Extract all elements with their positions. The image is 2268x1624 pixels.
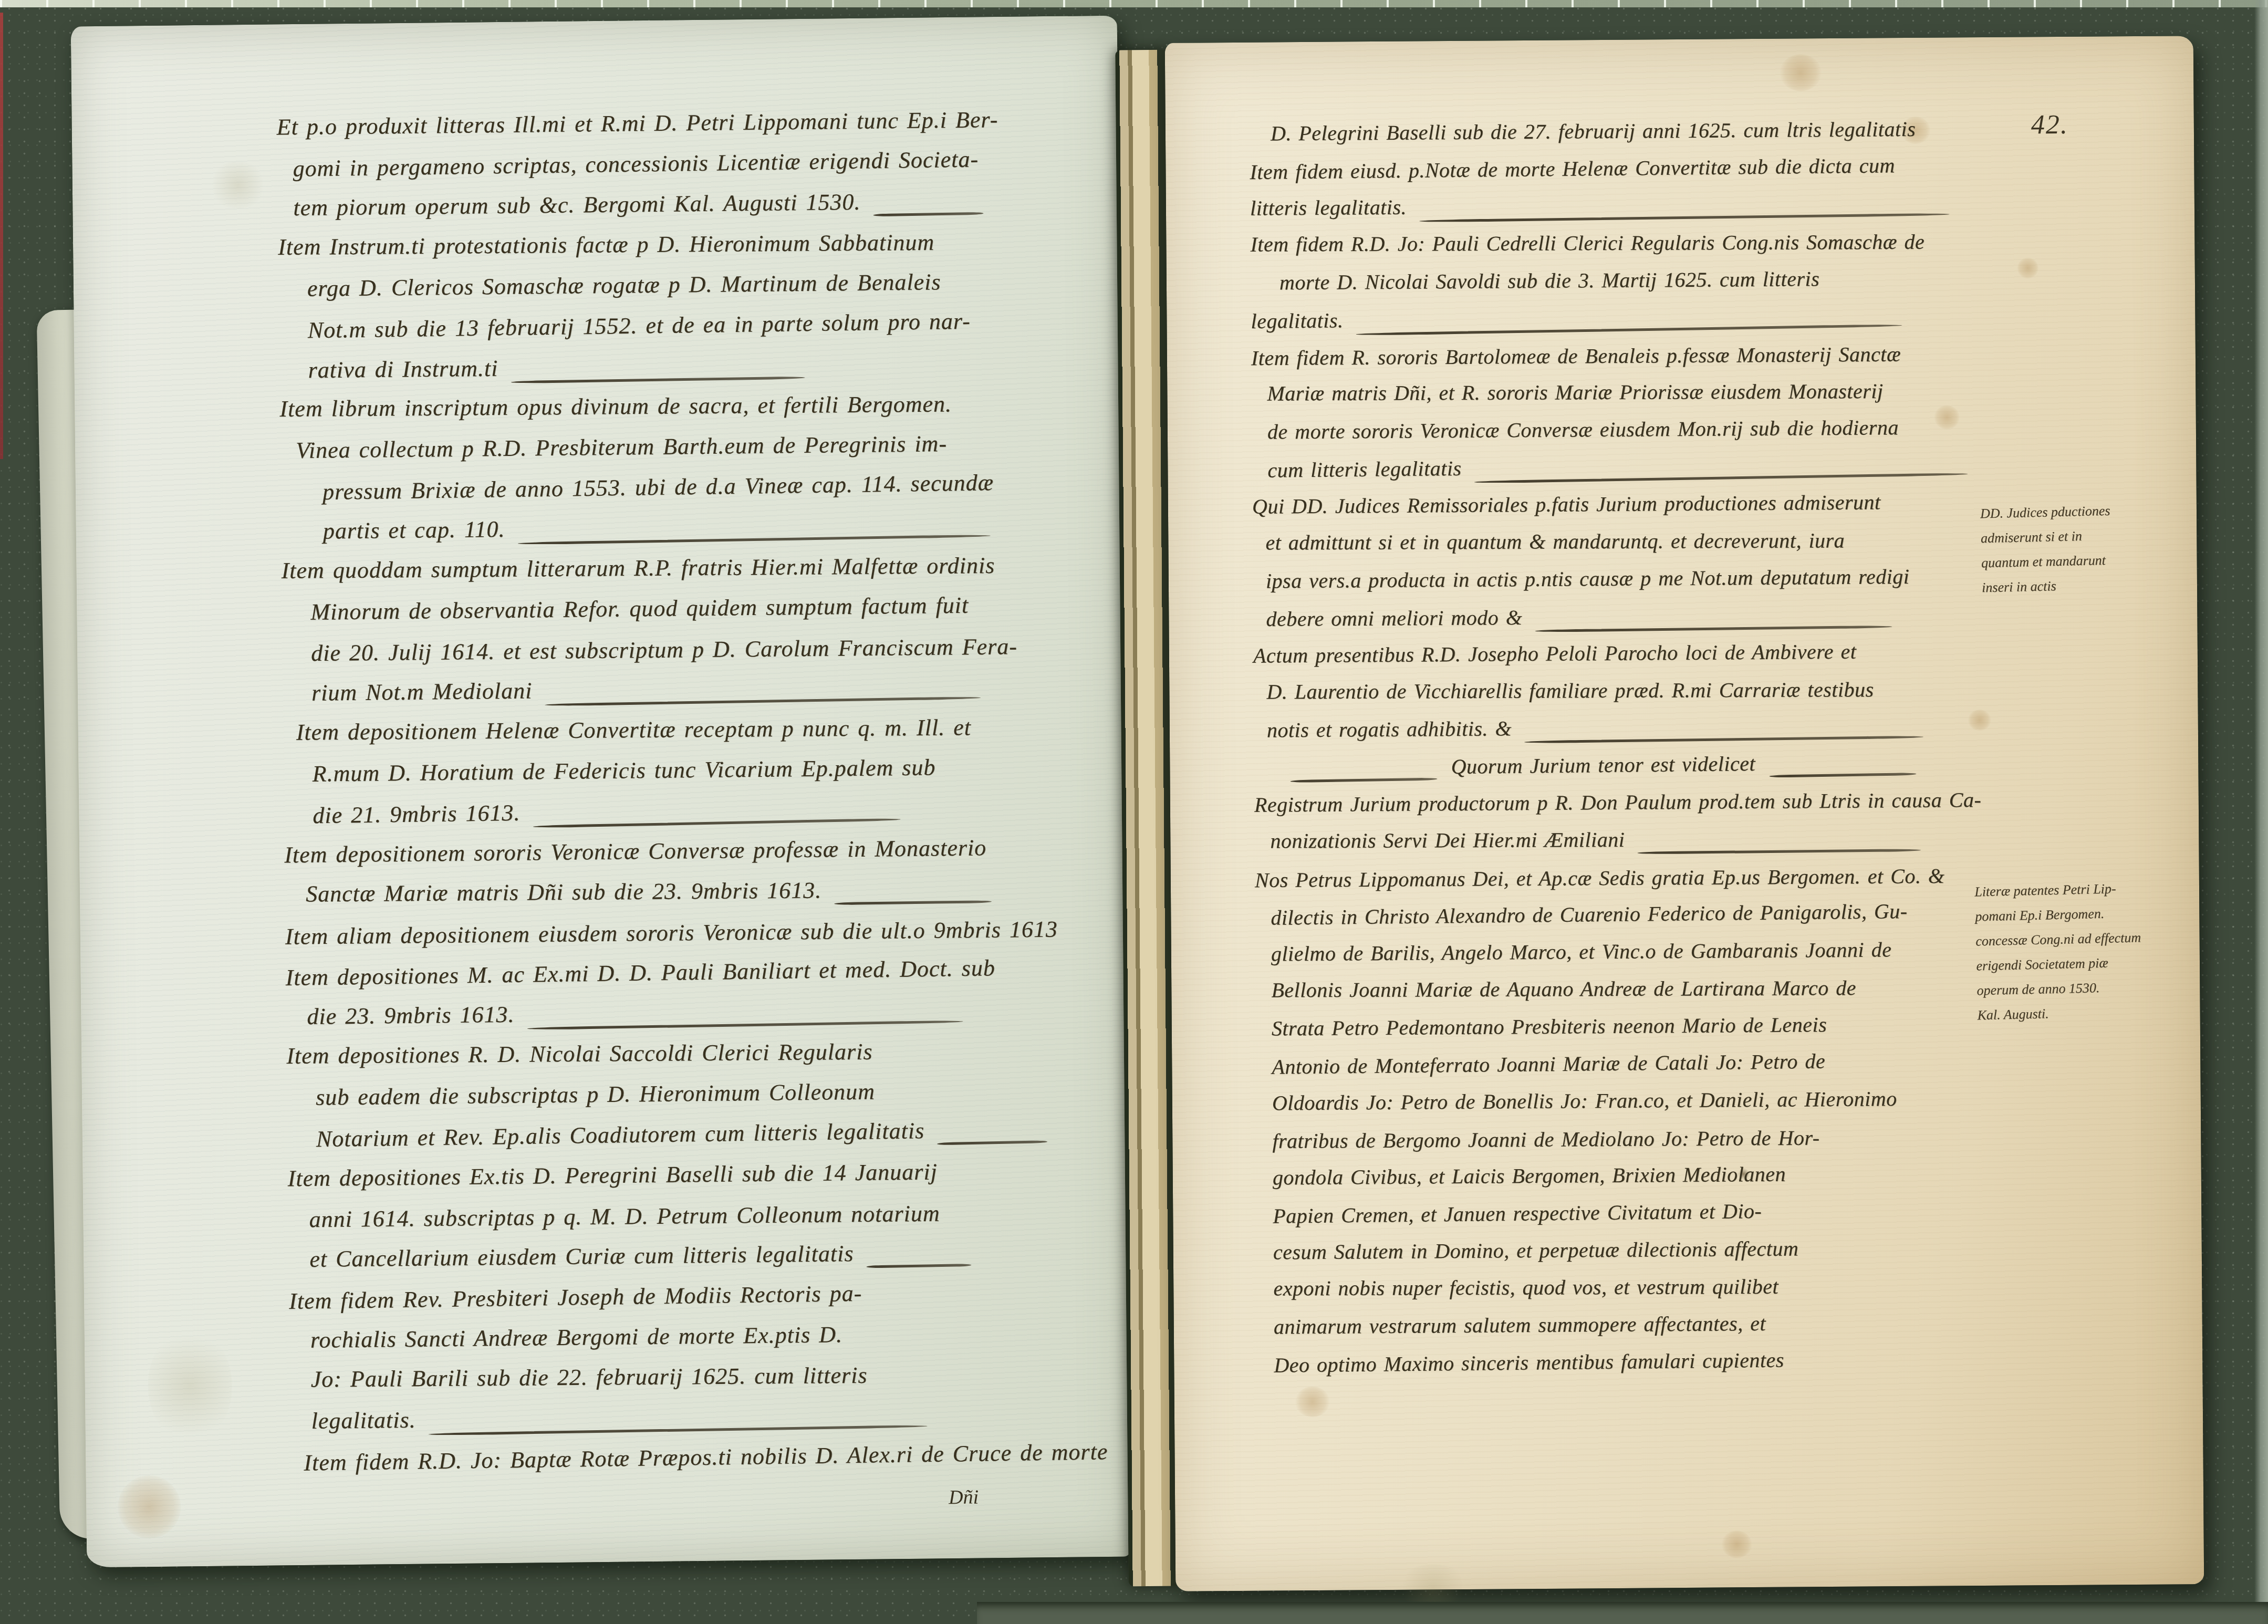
manuscript-line-text: die 20. Julij 1614. et est subscriptum p… <box>311 633 1017 667</box>
manuscript-line-text: exponi nobis nuper fecistis, quod vos, e… <box>1273 1274 1778 1301</box>
manuscript-line: Qui DD. Judices Remissoriales p.fatis Ju… <box>1252 489 1951 531</box>
manuscript-line: Item fidem R. sororis Bartolomeæ de Bena… <box>1251 341 1950 383</box>
manuscript-line: Item depositionem Helenæ Convertitæ rece… <box>283 713 1098 759</box>
manuscript-line: Item quoddam sumptum litterarum R.P. fra… <box>281 551 1096 598</box>
manuscript-line-text: Bellonis Joanni Mariæ de Aquano Andreæ d… <box>1271 975 1856 1002</box>
flourish-rule <box>873 212 984 216</box>
manuscript-line-text: Sanctæ Mariæ matris Dñi sub die 23. 9mbr… <box>306 877 821 907</box>
manuscript-line-text: Item Instrum.ti protestationis factæ p D… <box>278 229 934 261</box>
left-page: Et p.o produxit litteras Ill.mi et R.mi … <box>71 16 1133 1568</box>
manuscript-line-text: anni 1614. subscriptas p q. M. D. Petrum… <box>309 1200 940 1233</box>
manuscript-line: Registrum Jurium productorum p R. Don Pa… <box>1254 787 1953 829</box>
manuscript-line-text: Mariæ matris Dñi, et R. sororis Mariæ Pr… <box>1267 379 1883 406</box>
manuscript-line-text: Vinea collectum p R.D. Presbiterum Barth… <box>296 430 947 464</box>
manuscript-line: ipsa vers.a producta in actis p.ntis cau… <box>1253 564 1951 606</box>
manuscript-line-text: fratribus de Bergomo Joanni de Mediolano… <box>1272 1126 1819 1153</box>
manuscript-line: Oldoardis Jo: Petro de Bonellis Jo: Fran… <box>1256 1086 1955 1128</box>
manuscript-line: D. Pelegrini Baselli sub die 27. februar… <box>1250 116 1948 158</box>
flourish-rule <box>1291 778 1438 783</box>
manuscript-line-text: de morte sororis Veronicæ Conversæ eiusd… <box>1267 415 1899 444</box>
manuscript-line: notis et rogatis adhibitis. & <box>1254 713 1952 755</box>
manuscript-line: glielmo de Barilis, Angelo Marco, et Vin… <box>1255 936 1954 978</box>
margin-note-judices: DD. Judices pductionesadmiserunt si et i… <box>1980 496 2202 600</box>
manuscript-line: Antonio de Monteferrato Joanni Mariæ de … <box>1256 1047 1955 1092</box>
scanner-right-edge <box>2254 0 2268 1624</box>
manuscript-line-text: Strata Petro Pedemontano Presbiteris nee… <box>1272 1012 1827 1040</box>
manuscript-line-text: nonizationis Servi Dei Hier.mi Æmiliani <box>1270 827 1625 853</box>
flourish-rule <box>1637 849 1921 854</box>
manuscript-line-text: Deo optimo Maximo sinceris mentibus famu… <box>1274 1348 1784 1378</box>
manuscript-line-text: debere omni meliori modo & <box>1266 605 1522 631</box>
manuscript-line: Quorum Jurium tenor est videlicet <box>1254 749 1953 794</box>
manuscript-line-text: die 23. 9mbris 1613. <box>307 1001 515 1030</box>
manuscript-line: Item librum inscriptum opus divinum de s… <box>279 390 1094 436</box>
manuscript-line-text: Antonio de Monteferrato Joanni Mariæ de … <box>1272 1049 1825 1079</box>
manuscript-line-text: gondola Civibus, et Laicis Bergomen, Bri… <box>1273 1162 1786 1190</box>
folio-number: 42. <box>2031 109 2068 140</box>
manuscript-line-text: partis et cap. 110. <box>323 516 505 545</box>
manuscript-line: nonizationis Servi Dei Hier.mi Æmiliani <box>1254 826 1953 866</box>
manuscript-line-text: litteris legalitatis. <box>1250 195 1407 221</box>
margin-note-line: inseri in actis <box>1982 570 2203 600</box>
bottom-ruler-strip <box>977 1602 2268 1624</box>
manuscript-line-text: Minorum de observantia Refor. quod quide… <box>310 592 969 626</box>
manuscript-line: morte D. Nicolai Savoldi sub die 3. Mart… <box>1251 265 1949 307</box>
manuscript-line-text: Item aliam depositionem eiusdem sororis … <box>285 916 1058 950</box>
manuscript-line-text: Papien Cremen, et Januen respective Civi… <box>1273 1199 1762 1229</box>
margin-note-line: Kal. Augusti. <box>1977 998 2198 1028</box>
foxing-spot <box>1295 1387 1330 1417</box>
foxing-spot <box>118 1475 181 1538</box>
manuscript-line: cesum Salutem in Domino, et perpetuæ dil… <box>1257 1235 1956 1277</box>
manuscript-line-text: cum litteris legalitatis <box>1267 456 1462 483</box>
manuscript-line-text: animarum vestrarum salutem summopere aff… <box>1274 1311 1766 1339</box>
manuscript-line: Minorum de observantia Refor. quod quide… <box>282 590 1096 639</box>
manuscript-line: Item fidem R.D. Jo: Pauli Cedrelli Cleri… <box>1250 230 1949 269</box>
manuscript-line: dilectis in Christo Alexandro de Cuareni… <box>1255 898 1954 943</box>
manuscript-line-text: Item depositiones R. D. Nicolai Saccoldi… <box>286 1038 873 1069</box>
manuscript-line: Deo optimo Maximo sinceris mentibus famu… <box>1258 1346 1957 1390</box>
foxing-spot <box>1968 710 1991 731</box>
manuscript-line-text: et admittunt si et in quantum & mandarun… <box>1265 528 1845 555</box>
right-page-text-column: D. Pelegrini Baselli sub die 27. februar… <box>1250 116 1957 1389</box>
manuscript-line: Papien Cremen, et Januen respective Civi… <box>1257 1196 1956 1241</box>
paper-stain <box>209 161 267 209</box>
top-ruler-strip <box>0 0 2268 7</box>
foxing-spot <box>1780 54 1822 91</box>
flourish-rule <box>518 534 991 545</box>
flourish-rule <box>1535 626 1892 632</box>
manuscript-line: Bellonis Joanni Mariæ de Aquano Andreæ d… <box>1255 975 1954 1015</box>
manuscript-line: die 20. Julij 1614. et est subscriptum p… <box>282 632 1097 681</box>
manuscript-line: fratribus de Bergomo Joanni de Mediolano… <box>1256 1125 1955 1166</box>
manuscript-line: Actum presentibus R.D. Josepho Peloli Pa… <box>1253 638 1952 680</box>
flourish-rule <box>1419 213 1950 222</box>
manuscript-line: litteris legalitatis. <box>1250 191 1949 233</box>
flourish-rule <box>1769 773 1916 778</box>
manuscript-line: Jo: Pauli Barili sub die 22. februarij 1… <box>290 1360 1105 1406</box>
flourish-rule <box>533 818 901 828</box>
manuscript-line-text: Item librum inscriptum opus divinum de s… <box>279 391 952 422</box>
flourish-rule <box>511 376 805 383</box>
flourish-rule <box>545 696 981 706</box>
manuscript-line-text: sub eadem die subscriptas p D. Hieronimu… <box>316 1078 875 1111</box>
manuscript-line-text: notis et rogatis adhibitis. & <box>1267 716 1512 742</box>
manuscript-line-text: rativa di Instrum.ti <box>308 355 498 383</box>
manuscript-line-text: R.mum D. Horatium de Federicis tunc Vica… <box>312 754 935 787</box>
manuscript-line: Item Instrum.ti protestationis factæ p D… <box>278 228 1093 274</box>
manuscript-line-text: D. Pelegrini Baselli sub die 27. februar… <box>1271 117 1916 146</box>
manuscript-line: anni 1614. subscriptas p q. M. D. Petrum… <box>288 1199 1102 1247</box>
manuscript-line-text: erga D. Clericos Somaschæ rogatæ p D. Ma… <box>307 268 941 302</box>
manuscript-line: D. Laurentio de Vicchiarellis familiare … <box>1253 677 1952 717</box>
catchword: Dñi <box>949 1486 979 1510</box>
manuscript-line-text: legalitatis. <box>311 1407 416 1434</box>
manuscript-line: de morte sororis Veronicæ Conversæ eiusd… <box>1252 414 1950 456</box>
manuscript-line-text: Nos Petrus Lippomanus Dei, et Ap.cæ Sedi… <box>1255 863 1945 892</box>
manuscript-line-text: Quorum Jurium tenor est videlicet <box>1451 751 1755 779</box>
manuscript-line: exponi nobis nuper fecistis, quod vos, e… <box>1257 1273 1956 1313</box>
manuscript-line-text: die 21. 9mbris 1613. <box>313 799 521 829</box>
manuscript-line-text: Item fidem R. sororis Bartolomeæ de Bena… <box>1251 342 1901 371</box>
left-edge-red-line <box>0 13 3 459</box>
manuscript-line: Item depositiones R. D. Nicolai Saccoldi… <box>286 1037 1101 1083</box>
flourish-rule <box>834 900 992 905</box>
flourish-rule <box>1474 473 1968 484</box>
manuscript-line-text: Item depositionem Helenæ Convertitæ rece… <box>296 714 971 745</box>
manuscript-line-text: Item fidem R.D. Jo: Pauli Cedrelli Cleri… <box>1250 230 1924 257</box>
flourish-rule <box>937 1140 1047 1145</box>
manuscript-line: cum litteris legalitatis <box>1252 451 1951 495</box>
manuscript-photo-scene: Et p.o produxit litteras Ill.mi et R.mi … <box>0 0 2268 1624</box>
flourish-rule <box>1356 324 1902 336</box>
manuscript-line: Mariæ matris Dñi, et R. sororis Mariæ Pr… <box>1251 379 1950 419</box>
foxing-spot <box>2017 257 2038 278</box>
flourish-rule <box>1524 735 1923 743</box>
manuscript-line-text: ipsa vers.a producta in actis p.ntis cau… <box>1266 564 1910 594</box>
manuscript-line-text: Item quoddam sumptum litterarum R.P. fra… <box>281 552 995 584</box>
right-page: 42. D. Pelegrini Baselli sub die 27. feb… <box>1165 36 2204 1591</box>
manuscript-line-text: Et p.o produxit litteras Ill.mi et R.mi … <box>276 106 998 140</box>
flourish-rule <box>429 1425 928 1436</box>
manuscript-line: gondola Civibus, et Laicis Bergomen, Bri… <box>1257 1160 1955 1202</box>
manuscript-line-text: legalitatis. <box>1251 308 1343 334</box>
flourish-rule <box>527 1020 963 1030</box>
margin-note-literae-patentes: Literæ patentes Petri Lip-pomani Ep.i Be… <box>1974 875 2198 1027</box>
manuscript-line-text: Jo: Pauli Barili sub die 22. februarij 1… <box>311 1362 868 1393</box>
manuscript-line: animarum vestrarum salutem summopere aff… <box>1258 1309 1957 1351</box>
manuscript-line-text: morte D. Nicolai Savoldi sub die 3. Mart… <box>1279 266 1820 295</box>
manuscript-line: debere omni meliori modo & <box>1253 602 1951 644</box>
manuscript-line-text: cesum Salutem in Domino, et perpetuæ dil… <box>1273 1236 1799 1265</box>
manuscript-line-text: D. Laurentio de Vicchiarellis familiare … <box>1266 677 1874 704</box>
flourish-rule <box>867 1264 972 1268</box>
manuscript-line: Sanctæ Mariæ matris Dñi sub die 23. 9mbr… <box>285 875 1099 921</box>
paper-stain <box>148 1327 233 1444</box>
foxing-spot <box>1722 1531 1752 1558</box>
left-page-text-column: Et p.o produxit litteras Ill.mi et R.mi … <box>276 105 1105 1488</box>
manuscript-line: Item fidem eiusd. p.Notæ de morte Helenæ… <box>1250 152 1949 197</box>
manuscript-line: et admittunt si et in quantum & mandarun… <box>1252 528 1951 568</box>
manuscript-line: Strata Petro Pedemontano Presbiteris nee… <box>1256 1011 1954 1053</box>
manuscript-line: legalitatis. <box>1251 301 1950 346</box>
manuscript-line-text: rium Not.m Mediolani <box>311 677 533 706</box>
